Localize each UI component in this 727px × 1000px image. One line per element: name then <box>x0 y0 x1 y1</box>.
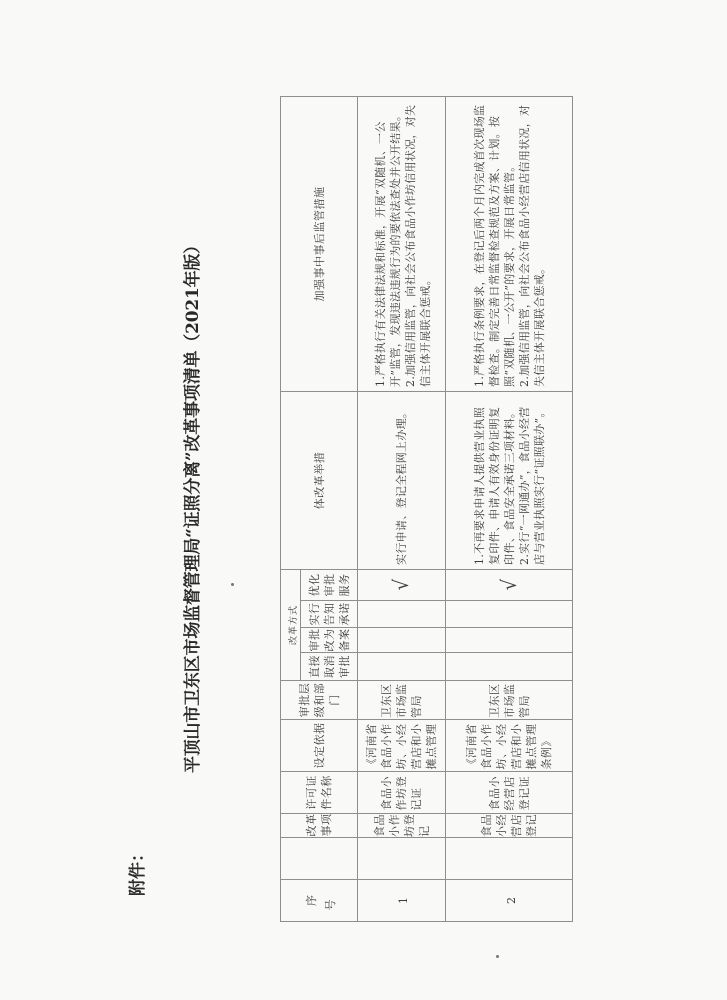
reform-item-cell: 食品小作坊登记 <box>358 814 446 838</box>
blank-cell <box>358 838 446 880</box>
header-license-name: 许可证件名称 <box>281 772 358 814</box>
supervision-item: 2.加强信用监管，向社会公布食品小经营店信用状况，对失信主体开展联合惩戒。 <box>517 101 547 387</box>
header-reform-method: 改革方式 <box>281 569 301 680</box>
table-row: 2 食品小经营店登记 食品小经营店登记证 《河南省食品小作坊、小经营店和小摊点管… <box>446 96 573 921</box>
license-name-cell: 食品小作坊登记证 <box>358 772 446 814</box>
method-option-label: 实行告知承诺 <box>307 602 352 626</box>
document-title: 平顶山市卫东区市场监督管理局“证照分离”改革事项清单（2021年版） <box>178 232 203 778</box>
reform-items-table: 序号 改革事项 许可证件名称 设定依据 审批层级和部门 改革方式 体改革举措 加… <box>280 96 573 922</box>
scan-speck <box>496 955 499 958</box>
row-index-value: 1 <box>397 897 410 904</box>
supervision-cell: 1.严格执行条例要求，在登记后两个月内完成首次现场监督检查。制定完善日常监督检查… <box>446 96 573 391</box>
legal-basis-cell: 《河南省食品小作坊、小经营店和小摊点管理 <box>358 720 446 772</box>
header-index: 序号 <box>281 880 358 922</box>
header-method-notification-commitment: 实行告知承诺 <box>301 601 358 628</box>
header-legal-basis-label: 设定依据 <box>312 722 327 770</box>
measure-item: 实行申请、登记全程网上办理。 <box>395 407 408 565</box>
check-mark-icon: √ <box>499 579 519 590</box>
supervision-item: 1.严格执行有关法律法规和标准，开展“双随机、一公开”监管，发现违法违规行为的要… <box>374 110 402 387</box>
specific-measures: 1.不再要求申请人提供营业执照复印件、申请人有效身份证明复印件、食品安全承诺三项… <box>472 392 547 569</box>
header-approval-level-label: 审批层级和部门 <box>297 682 342 718</box>
method-option-label: 优化审批服务 <box>307 573 352 597</box>
measure-item: 1.不再要求申请人提供营业执照复印件、申请人有效身份证明复印件、食品安全承诺三项… <box>473 407 516 565</box>
row-index-value: 2 <box>505 897 518 904</box>
header-legal-basis: 设定依据 <box>281 720 358 772</box>
method-notification-commitment-cell <box>358 601 446 628</box>
attachment-label: 附件： <box>123 845 148 896</box>
approval-level: 卫东区市场监管局 <box>487 682 532 718</box>
supervision-cell: 1.严格执行有关法律法规和标准，开展“双随机、一公开”监管，发现违法违规行为的要… <box>358 96 446 391</box>
header-license-name-label: 许可证件名称 <box>304 775 334 811</box>
approval-level-cell: 卫东区市场监管局 <box>446 681 573 720</box>
row-index: 1 <box>358 880 446 922</box>
legal-basis: 《河南省食品小作坊、小经营店和小摊点管理条例》 <box>464 722 554 770</box>
row-index: 2 <box>446 880 573 922</box>
method-notification-commitment-cell <box>446 601 573 628</box>
license-name: 食品小作坊登记证 <box>379 775 424 811</box>
header-reform-item-label: 改革事项 <box>304 814 334 838</box>
method-optimize-service-cell: √ <box>358 569 446 600</box>
measure-item: 2.实行“一网通办”，食品小经营店与营业执照实行“证照联办”。 <box>518 406 546 565</box>
header-row: 序号 改革事项 许可证件名称 设定依据 审批层级和部门 改革方式 体改革举措 加… <box>281 96 301 921</box>
supervision-item: 1.严格执行条例要求，在登记后两个月内完成首次现场监督检查。制定完善日常监督检查… <box>472 101 517 387</box>
supervision-measures: 1.严格执行条例要求，在登记后两个月内完成首次现场监督检查。制定完善日常监督检查… <box>472 97 547 391</box>
supervision-item: 2.加强信用监管，向社会公布食品小作坊信用状况，对失信主体开展联合惩戒。 <box>404 105 432 387</box>
header-index-label: 序号 <box>305 886 337 915</box>
reform-item-cell: 食品小经营店登记 <box>446 814 573 838</box>
specific-measures-cell: 1.不再要求申请人提供营业执照复印件、申请人有效身份证明复印件、食品安全承诺三项… <box>446 391 573 569</box>
method-direct-cancel-cell <box>446 653 573 681</box>
method-option-label: 直接取消审批 <box>307 655 352 679</box>
header-blank-cell <box>281 838 358 880</box>
header-specific-measures-label: 体改革举措 <box>312 392 327 569</box>
method-to-filing-cell <box>446 628 573 653</box>
method-optimize-service-cell: √ <box>446 569 573 600</box>
header-supervision-label: 加强事中事后监管措施 <box>312 97 327 391</box>
specific-measures-cell: 实行申请、登记全程网上办理。 <box>358 391 446 569</box>
reform-item: 食品小经营店登记 <box>479 814 539 838</box>
approval-level-cell: 卫东区市场监管局 <box>358 681 446 720</box>
reform-item: 食品小作坊登记 <box>372 814 432 838</box>
check-mark-icon: √ <box>391 579 411 590</box>
header-method-direct-cancel: 直接取消审批 <box>301 653 358 681</box>
header-supervision: 加强事中事后监管措施 <box>281 96 358 391</box>
header-specific-measures: 体改革举措 <box>281 391 358 569</box>
supervision-measures: 1.严格执行有关法律法规和标准，开展“双随机、一公开”监管，发现违法违规行为的要… <box>371 97 433 391</box>
header-reform-method-label: 改革方式 <box>289 605 299 645</box>
table-row: 1 食品小作坊登记 食品小作坊登记证 《河南省食品小作坊、小经营店和小摊点管理 … <box>358 96 446 921</box>
license-name-cell: 食品小经营店登记证 <box>446 772 573 814</box>
blank-cell <box>446 838 573 880</box>
legal-basis: 《河南省食品小作坊、小经营店和小摊点管理 <box>364 722 439 770</box>
header-approval-level: 审批层级和部门 <box>281 681 358 720</box>
approval-level: 卫东区市场监管局 <box>379 682 424 718</box>
license-name: 食品小经营店登记证 <box>487 775 532 811</box>
header-method-to-filing: 审批改为备案 <box>301 628 358 653</box>
legal-basis-cell: 《河南省食品小作坊、小经营店和小摊点管理条例》 <box>446 720 573 772</box>
specific-measures: 实行申请、登记全程网上办理。 <box>394 392 409 569</box>
scan-speck <box>231 583 234 586</box>
method-to-filing-cell <box>358 628 446 653</box>
header-method-optimize-service: 优化审批服务 <box>301 569 358 600</box>
method-option-label: 审批改为备案 <box>307 628 352 652</box>
method-direct-cancel-cell <box>358 653 446 681</box>
scanned-page: 附件： 平顶山市卫东区市场监督管理局“证照分离”改革事项清单（2021年版） 序… <box>0 0 727 1000</box>
header-reform-item: 改革事项 <box>281 814 358 838</box>
